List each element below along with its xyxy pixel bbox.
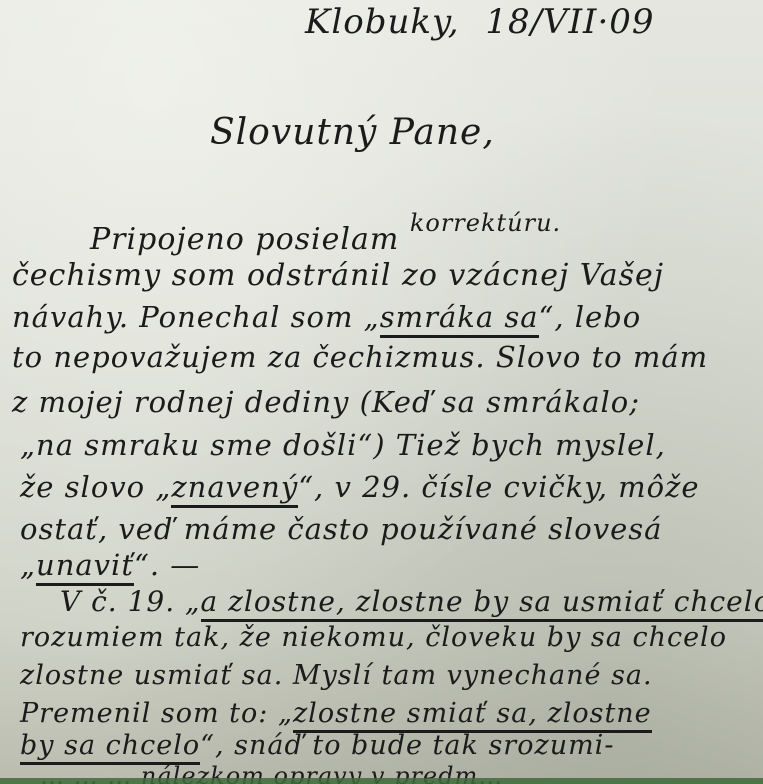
- letter-line: čechismy som odstránil zo vzácnej Vašej: [12, 258, 664, 293]
- scan-bottom-edge: [0, 778, 763, 784]
- letter-salutation: Slovutný Pane,: [210, 112, 495, 153]
- letter-line: rozumiem tak, že niekomu, človeku by sa …: [20, 622, 727, 653]
- letter-line: návahy. Ponechal som „smráka sa“, lebo: [12, 300, 641, 334]
- letter-line: Pripojeno posielam korrektúru.: [90, 222, 561, 257]
- letter-date: 18/VII·09: [485, 2, 654, 42]
- letter-line: to nepovažujem za čechizmus. Slovo to má…: [12, 340, 708, 374]
- letter-place: Klobuky,: [305, 2, 460, 42]
- letter-line: že slovo „znavený“, v 29. čísle cvičky, …: [20, 470, 700, 504]
- letter-line: by sa chcelo“, snáď to bude tak srozumi-: [20, 730, 614, 761]
- letter-line: „na smraku sme došli“) Tiež bych myslel,: [20, 428, 666, 462]
- letter-line: z mojej rodnej dediny (Keď sa smrákalo;: [12, 385, 640, 419]
- handwritten-letter-page: Klobuky, 18/VII·09 Slovutný Pane, Pripoj…: [0, 0, 763, 784]
- letter-line: Premenil som to: „zlostne smiať sa, zlos…: [20, 698, 652, 729]
- letter-line: „unaviť“. —: [20, 548, 200, 582]
- letter-header: Klobuky, 18/VII·09: [305, 2, 655, 42]
- letter-line: zlostne usmiať sa. Myslí tam vynechané s…: [20, 660, 653, 691]
- letter-line: V č. 19. „a zlostne, zlostne by sa usmia…: [60, 585, 763, 618]
- letter-line: ostať, veď máme často používané slovesá: [20, 512, 662, 546]
